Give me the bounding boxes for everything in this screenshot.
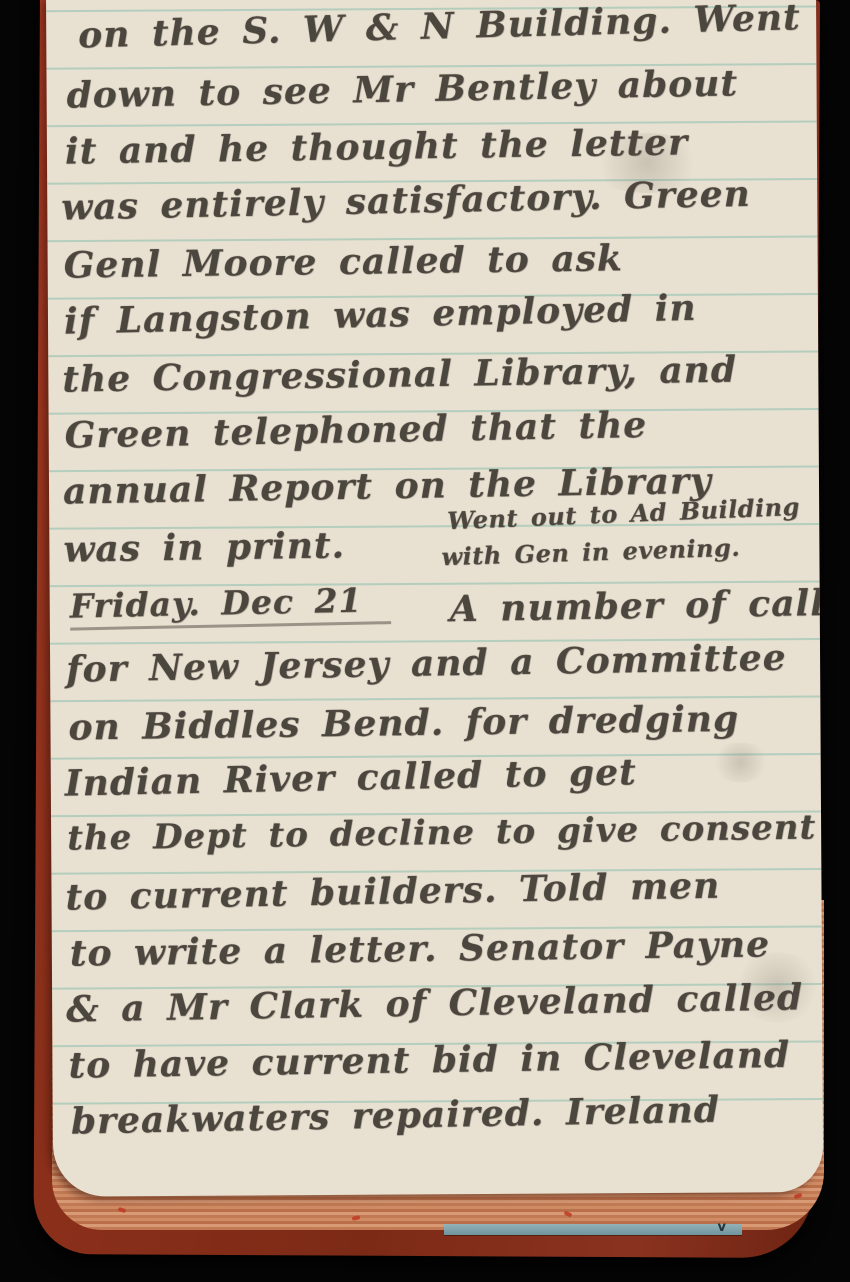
red-speck [352, 1215, 361, 1221]
handwriting-block: on the S. W & N Building. Went down to s… [46, 0, 823, 1197]
handwritten-line: down to see Mr Bentley about [66, 62, 738, 116]
notebook-page: on the S. W & N Building. Went down to s… [46, 0, 823, 1197]
handwritten-line: Green telephoned that the [64, 404, 647, 457]
handwritten-line: Genl Moore called to ask [63, 237, 623, 286]
photograph-of-notebook: v on the S. W & N Building. Went down to… [0, 0, 850, 1282]
handwritten-line: A number of callers [449, 581, 823, 630]
handwritten-line: & a Mr Clark of Cleveland called [66, 976, 804, 1030]
blue-blotter-strip: v [444, 1224, 742, 1235]
chevron-mark: v [718, 1220, 726, 1236]
handwritten-line: to have current bid in Cleveland [68, 1034, 790, 1087]
red-speck [564, 1210, 573, 1217]
red-speck [118, 1207, 127, 1213]
handwritten-line: was in print. [63, 524, 345, 570]
red-speck [794, 1193, 803, 1199]
handwritten-line: on the S. W & N Building. Went [78, 0, 801, 57]
handwritten-line: was entirely satisfactory. Green [61, 173, 751, 229]
handwritten-line: it and he thought the letter [65, 121, 689, 172]
handwritten-line: on Biddles Bend. for dredging [68, 698, 739, 749]
handwritten-line: if Langston was employed in [64, 287, 697, 343]
handwritten-line: to write a letter. Senator Payne [70, 923, 771, 974]
handwritten-line: to current builders. Told men [65, 865, 720, 919]
handwritten-line: for New Jersey and a Committee [66, 637, 787, 691]
interlinear-note-line: with Gen in evening. [441, 533, 741, 572]
date-heading: Friday. Dec 21 [69, 580, 390, 625]
handwritten-line: Indian River called to get [64, 751, 637, 804]
handwritten-line: the Dept to decline to give consent [67, 807, 817, 858]
handwritten-line: breakwaters repaired. Ireland [71, 1089, 721, 1143]
handwritten-line: the Congressional Library, and [62, 349, 737, 401]
date-heading-text: Friday. Dec 21 [69, 580, 391, 630]
